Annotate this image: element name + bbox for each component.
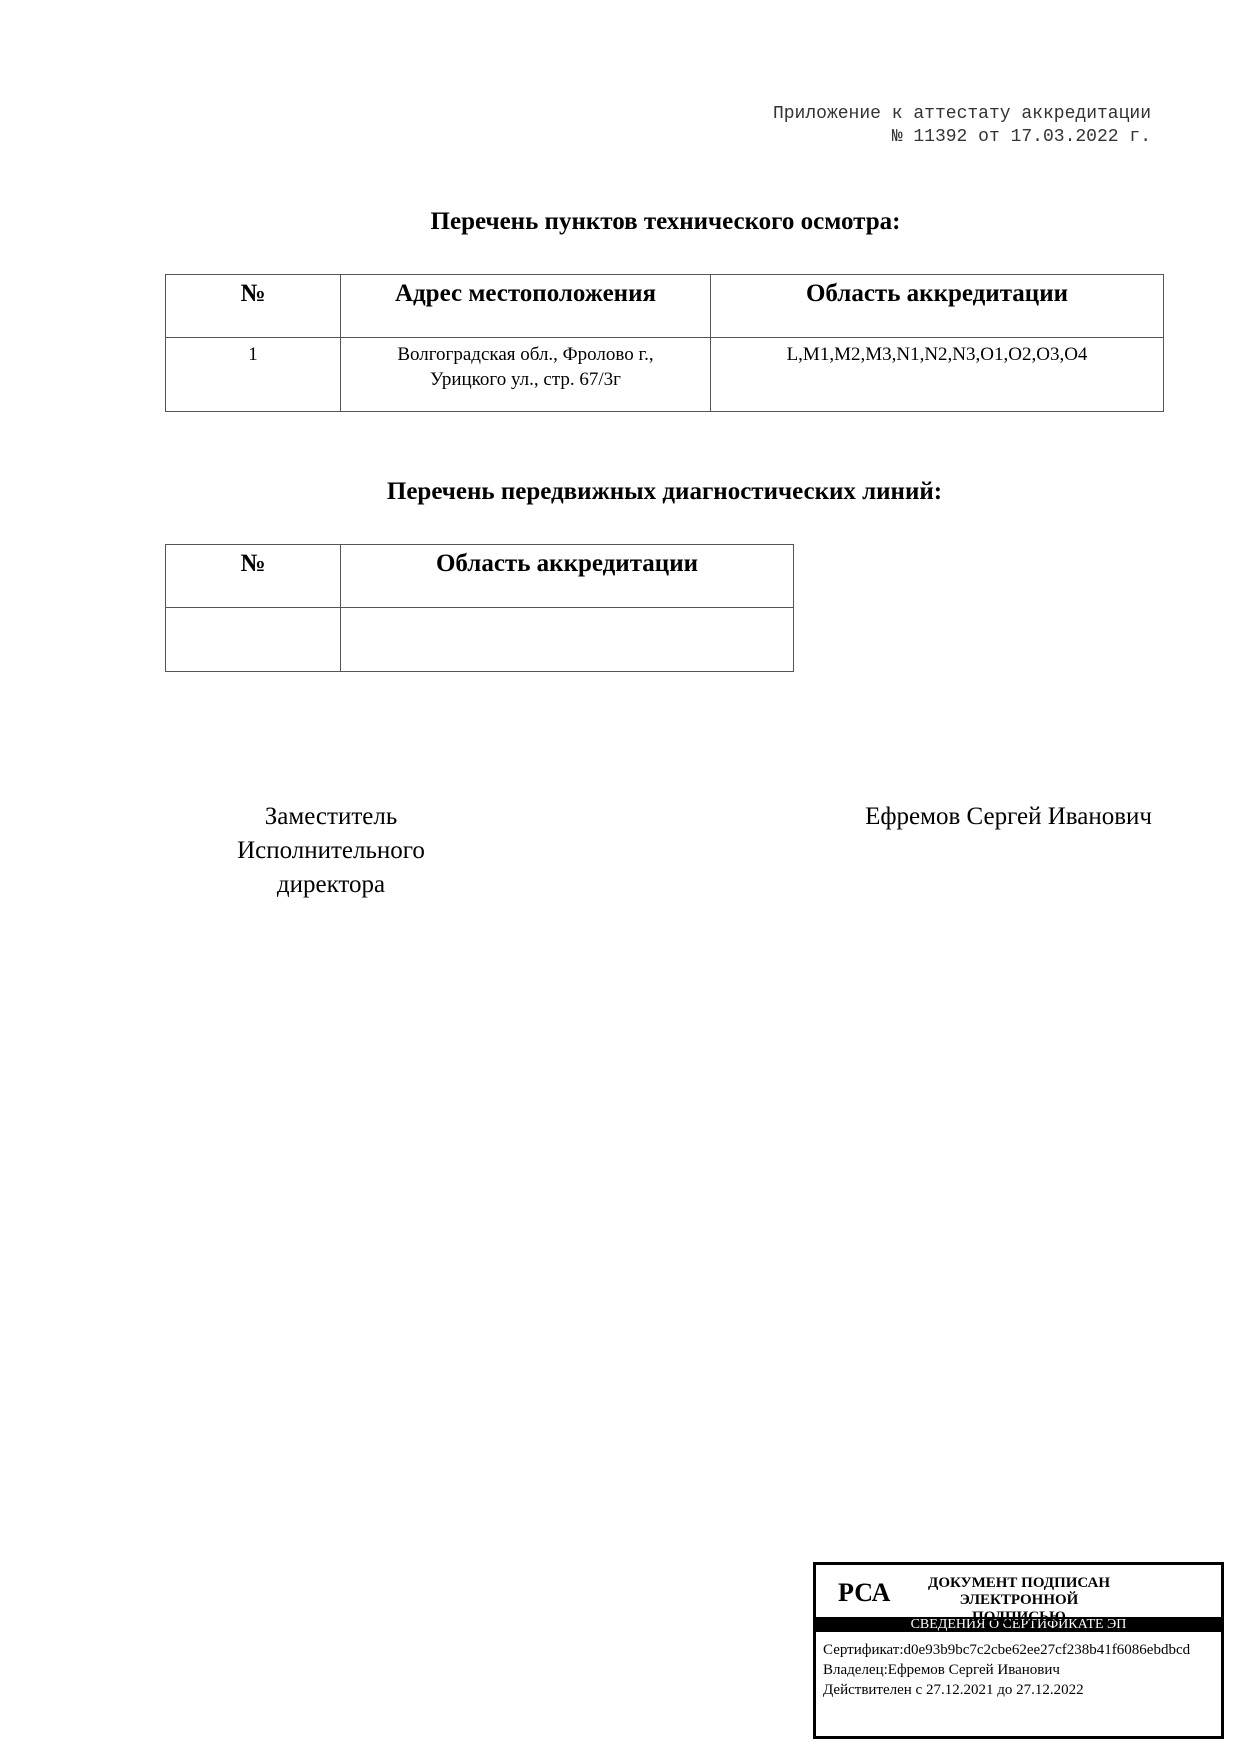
rsa-logo: РСА xyxy=(838,1578,890,1608)
column-header-scope: Область аккредитации xyxy=(711,275,1164,338)
cell-number xyxy=(166,608,341,672)
address-line-1: Волгоградская обл., Фролово г., xyxy=(341,342,710,367)
position-line-1: Заместитель xyxy=(200,800,462,834)
position-line-3: директора xyxy=(200,868,462,902)
signed-line-1: ДОКУМЕНТ ПОДПИСАН xyxy=(914,1575,1124,1592)
table-row xyxy=(166,608,794,672)
position-line-2: Исполнительного xyxy=(200,834,462,868)
column-header-number: № xyxy=(166,545,341,608)
table-header-row: № Адрес местоположения Область аккредита… xyxy=(166,275,1164,338)
column-header-number: № xyxy=(166,275,341,338)
cell-scope xyxy=(341,608,794,672)
inspection-points-table: № Адрес местоположения Область аккредита… xyxy=(165,274,1164,412)
signatory-position: Заместитель Исполнительного директора xyxy=(200,800,462,902)
stamp-header: РСА ДОКУМЕНТ ПОДПИСАН ЭЛЕКТРОННОЙ ПОДПИС… xyxy=(816,1565,1221,1617)
electronic-signature-stamp: РСА ДОКУМЕНТ ПОДПИСАН ЭЛЕКТРОННОЙ ПОДПИС… xyxy=(813,1562,1224,1739)
certificate-id: Сертификат:d0e93b9bc7c2cbe62ee27cf238b41… xyxy=(823,1640,1221,1660)
certificate-owner: Владелец:Ефремов Сергей Иванович xyxy=(823,1660,1221,1680)
signed-line-2: ЭЛЕКТРОННОЙ ПОДПИСЬЮ xyxy=(914,1592,1124,1626)
annex-line-2: № 11392 от 17.03.2022 г. xyxy=(0,126,1151,149)
table-row: 1 Волгоградская обл., Фролово г., Урицко… xyxy=(166,338,1164,412)
signatory-name: Ефремов Сергей Иванович xyxy=(780,800,1152,834)
column-header-address: Адрес местоположения xyxy=(341,275,711,338)
mobile-lines-title: Перечень передвижных диагностических лин… xyxy=(0,478,1241,506)
table-header-row: № Область аккредитации xyxy=(166,545,794,608)
certificate-info: Сертификат:d0e93b9bc7c2cbe62ee27cf238b41… xyxy=(816,1632,1221,1700)
cell-scope: L,M1,M2,M3,N1,N2,N3,O1,O2,O3,O4 xyxy=(711,338,1164,412)
annex-reference: Приложение к аттестату аккредитации № 11… xyxy=(0,103,1151,149)
inspection-points-title: Перечень пунктов технического осмотра: xyxy=(0,208,1241,236)
cell-number: 1 xyxy=(166,338,341,412)
annex-line-1: Приложение к аттестату аккредитации xyxy=(0,103,1151,126)
certificate-validity: Действителен с 27.12.2021 до 27.12.2022 xyxy=(823,1680,1221,1700)
column-header-scope: Область аккредитации xyxy=(341,545,794,608)
address-line-2: Урицкого ул., стр. 67/3г xyxy=(341,367,710,392)
signed-notice: ДОКУМЕНТ ПОДПИСАН ЭЛЕКТРОННОЙ ПОДПИСЬЮ xyxy=(914,1575,1124,1626)
mobile-lines-table: № Область аккредитации xyxy=(165,544,794,672)
cell-address: Волгоградская обл., Фролово г., Урицкого… xyxy=(341,338,711,412)
